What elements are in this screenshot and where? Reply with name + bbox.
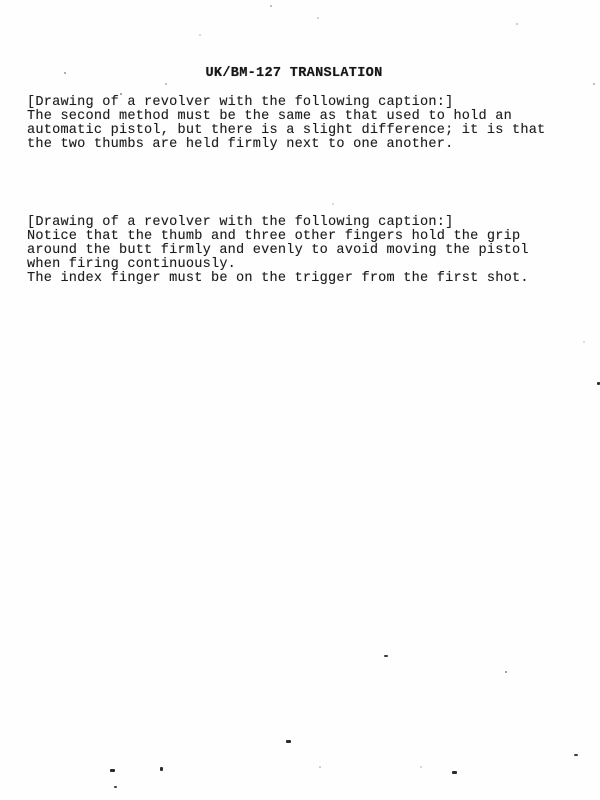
text-line: when firing continuously. xyxy=(27,258,529,272)
scan-speck xyxy=(593,83,595,85)
caption-block-1: [Drawing of a revolver with the followin… xyxy=(27,96,545,152)
text-line: automatic pistol, but there is a slight … xyxy=(27,124,545,138)
scan-speck xyxy=(91,100,93,102)
caption-block-2: [Drawing of a revolver with the followin… xyxy=(27,216,529,286)
scan-speck xyxy=(319,766,321,768)
scan-speck xyxy=(110,769,115,772)
scan-speck xyxy=(583,341,585,343)
text-line: The second method must be the same as th… xyxy=(27,110,545,124)
scan-speck xyxy=(64,72,66,74)
text-line: [Drawing of a revolver with the followin… xyxy=(27,216,529,230)
scan-speck xyxy=(505,671,507,673)
scanned-document-page: UK/BM-127 TRANSLATION [Drawing of a revo… xyxy=(0,0,600,800)
text-line: [Drawing of a revolver with the followin… xyxy=(27,96,545,110)
scan-speck xyxy=(516,23,518,25)
scan-speck xyxy=(165,83,167,85)
scan-speck xyxy=(317,17,319,19)
text-line: The index finger must be on the trigger … xyxy=(27,272,529,286)
scan-speck xyxy=(420,766,422,768)
text-line: the two thumbs are held firmly next to o… xyxy=(27,138,545,152)
text-line: Notice that the thumb and three other fi… xyxy=(27,230,529,244)
scan-speck xyxy=(114,786,117,788)
scan-speck xyxy=(286,740,291,743)
scan-speck xyxy=(270,5,272,7)
scan-speck xyxy=(332,203,334,205)
scan-speck xyxy=(384,655,388,657)
scan-speck xyxy=(452,771,457,774)
scan-speck xyxy=(160,767,163,771)
scan-speck xyxy=(574,754,578,756)
text-line: around the butt firmly and evenly to avo… xyxy=(27,244,529,258)
document-title: UK/BM-127 TRANSLATION xyxy=(0,67,588,81)
scan-speck xyxy=(120,93,122,95)
scan-speck xyxy=(199,34,201,36)
